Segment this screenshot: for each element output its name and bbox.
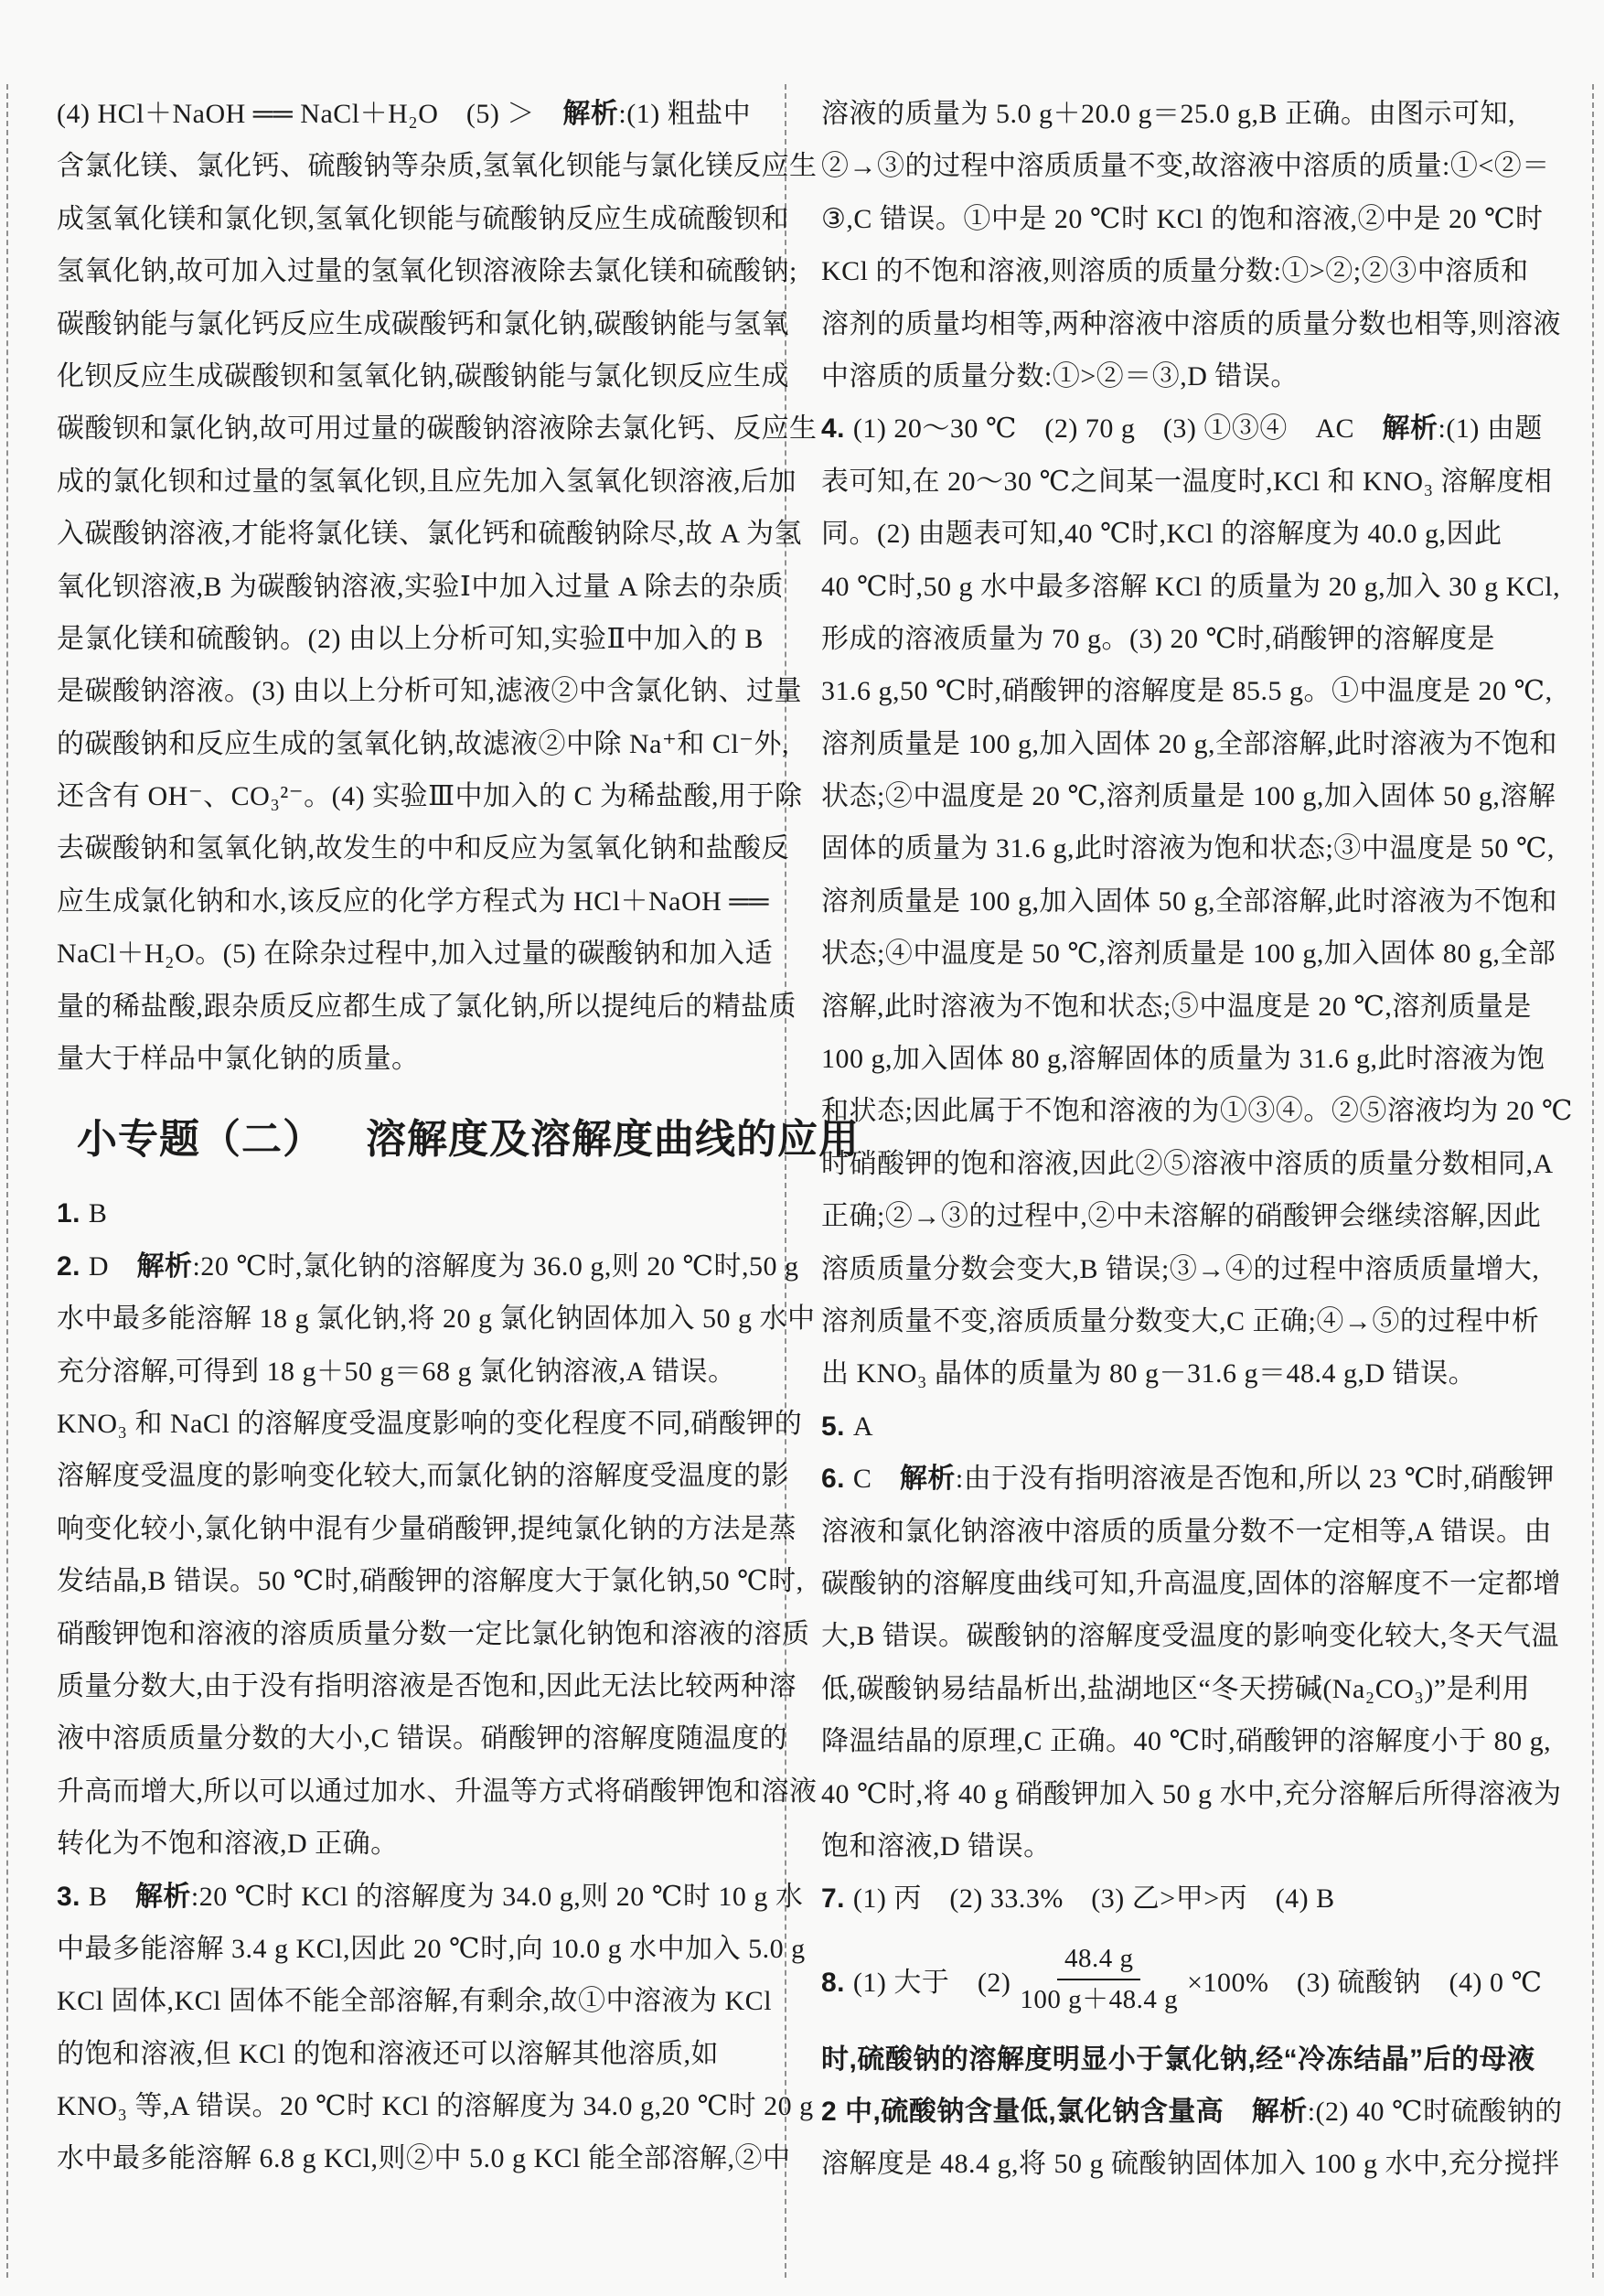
text-line: 质量分数大,由于没有指明溶液是否饱和,因此无法比较两种溶 [57,1660,777,1712]
page: (4) HCl＋NaOH ══ NaCl＋H₂O (5) ＞ 解析:(1) 粗盐… [0,0,1604,2296]
text-line: 含氯化镁、氯化钙、硫酸钠等杂质,氢氧化钡能与氯化镁反应生 [57,140,777,192]
answer-line-with-fraction: 8. (1) 大于 (2)48.4 g100 g＋48.4 g×100% (3)… [821,1926,1564,2033]
fraction-denominator: 100 g＋48.4 g [1020,1980,1178,2016]
text-line: 是氯化镁和硫酸钠。(2) 由以上分析可知,实验Ⅱ中加入的 B [57,613,777,665]
text: 升高而增大,所以可以通过加水、升温等方式将硝酸钾饱和溶液 [57,1776,818,1807]
text: 同。(2) 由题表可知,40 ℃时,KCl 的溶解度为 40.0 g,因此 [821,519,1502,549]
text: :20 ℃时,氯化钠的溶解度为 36.0 g,则 20 ℃时,50 g [193,1251,799,1282]
text-line: 同。(2) 由题表可知,40 ℃时,KCl 的溶解度为 40.0 g,因此 [821,508,1564,560]
text: ×100% (3) 硫酸钠 (4) 0 ℃ [1187,1968,1542,1998]
text: 溶解度受温度的影响变化较大,而氯化钠的溶解度受温度的影 [57,1461,789,1491]
text: 饱和溶液,D 错误。 [821,1831,1052,1861]
text-line: 的碳酸钠和反应生成的氢氧化钠,故滤液②中除 Na⁺和 Cl⁻外, [57,718,777,770]
page-border-right-dashed-line [1592,84,1594,2278]
text-line: 正确;②→③的过程中,②中未溶解的硝酸钾会继续溶解,因此 [821,1190,1564,1242]
text-line: 2 中,硫酸钠含量低,氯化钠含量高 解析:(2) 40 ℃时硫酸钠的 [821,2086,1564,2138]
text: 充分溶解,可得到 18 g＋50 g＝68 g 氯化钠溶液,A 错误。 [57,1357,736,1387]
text: 应生成氯化钠和水,该反应的化学方程式为 HCl＋NaOH ══ [57,886,769,917]
text: 出 KNO₃ 晶体的质量为 80 g－31.6 g＝48.4 g,D 错误。 [821,1358,1476,1389]
text-line: 碳酸钡和氯化钠,故可用过量的碳酸钠溶液除去氯化钙、反应生 [57,402,777,455]
text: 溶质质量分数会变大,B 错误;③→④的过程中溶质质量增大, [821,1254,1539,1284]
text: 含氯化镁、氯化钙、硫酸钠等杂质,氢氧化钡能与氯化镁反应生 [57,151,818,181]
bold-text: 解析 [137,1251,193,1282]
fraction: 48.4 g100 g＋48.4 g [1020,1942,1178,2016]
text: 的碳酸钠和反应生成的氢氧化钠,故滤液②中除 Na⁺和 Cl⁻外, [57,729,789,759]
text: :(1) 粗盐中 [618,99,751,129]
bold-text: 4. [821,413,853,444]
bold-text: 6. [821,1464,853,1494]
text: :(2) 40 ℃时硫酸钠的 [1308,2097,1563,2127]
text-line: 3. B 解析:20 ℃时 KCl 的溶解度为 34.0 g,则 20 ℃时 1… [57,1871,777,1923]
text-line: 响变化较小,氯化钠中混有少量硝酸钾,提纯氯化钠的方法是蒸 [57,1503,777,1555]
text-line: (4) HCl＋NaOH ══ NaCl＋H₂O (5) ＞ 解析:(1) 粗盐… [57,88,777,140]
text-line: 出 KNO₃ 晶体的质量为 80 g－31.6 g＝48.4 g,D 错误。 [821,1347,1564,1400]
text-line: 发结晶,B 错误。50 ℃时,硝酸钾的溶解度大于氯化钠,50 ℃时, [57,1555,777,1607]
text-line: 时,硫酸钠的溶解度明显小于氯化钠,经“冷冻结晶”后的母液 [821,2033,1564,2086]
text: 状态;②中温度是 20 ℃,溶剂质量是 100 g,加入固体 50 g,溶解 [821,781,1556,811]
text-line: 表可知,在 20～30 ℃之间某一温度时,KCl 和 KNO₃ 溶解度相 [821,456,1564,508]
text: 量大于样品中氯化钠的质量。 [57,1044,420,1074]
text-line: 溶液的质量为 5.0 g＋20.0 g＝25.0 g,B 正确。由图示可知, [821,88,1564,140]
text-line: 升高而增大,所以可以通过加水、升温等方式将硝酸钾饱和溶液 [57,1765,777,1818]
text: 发结晶,B 错误。50 ℃时,硝酸钾的溶解度大于氯化钠,50 ℃时, [57,1566,804,1596]
text: (1) 20～30 ℃ (2) 70 g (3) ①③④ AC [853,413,1383,444]
text: 氢氧化钠,故可加入过量的氢氧化钡溶液除去氯化镁和硫酸钠; [57,256,797,286]
text-line: 还含有 OH⁻、CO₃²⁻。(4) 实验Ⅲ中加入的 C 为稀盐酸,用于除 [57,770,777,822]
text: 表可知,在 20～30 ℃之间某一温度时,KCl 和 KNO₃ 溶解度相 [821,467,1553,497]
text-line: KNO₃ 和 NaCl 的溶解度受温度影响的变化程度不同,硝酸钾的 [57,1398,777,1450]
text: 液中溶质质量分数的大小,C 错误。硝酸钾的溶解度随温度的 [57,1723,787,1754]
text: 溶剂的质量均相等,两种溶液中溶质的质量分数也相等,则溶液 [821,309,1561,339]
fraction-suffix: ×100% (3) 硫酸钠 (4) 0 ℃ [1187,1959,1542,2000]
right-column: 溶液的质量为 5.0 g＋20.0 g＝25.0 g,B 正确。由图示可知,②→… [821,88,1564,2191]
text-line: 40 ℃时,将 40 g 硝酸钾加入 50 g 水中,充分溶解后所得溶液为 [821,1768,1564,1820]
text-line: 大,B 错误。碳酸钠的溶解度受温度的影响变化较大,冬天气温 [821,1610,1564,1662]
text: 入碳酸钠溶液,才能将氯化镁、氯化钙和硫酸钠除尽,故 A 为氢 [57,519,802,549]
text: 固体的质量为 31.6 g,此时溶液为饱和状态;③中温度是 50 ℃, [821,833,1555,864]
text: 是氯化镁和硫酸钠。(2) 由以上分析可知,实验Ⅱ中加入的 B [57,624,764,654]
text-line: 碳酸钠能与氯化钙反应生成碳酸钙和氯化钠,碳酸钠能与氢氧 [57,298,777,350]
text-line: 碳酸钠的溶解度曲线可知,升高温度,固体的溶解度不一定都增 [821,1558,1564,1610]
text: C [853,1464,900,1494]
text-line: 固体的质量为 31.6 g,此时溶液为饱和状态;③中温度是 50 ℃, [821,822,1564,874]
text: 溶解,此时溶液为不饱和状态;⑤中温度是 20 ℃,溶剂质量是 [821,992,1532,1022]
text: 碳酸钠能与氯化钙反应生成碳酸钙和氯化钠,碳酸钠能与氢氧 [57,309,789,339]
text: 溶剂质量是 100 g,加入固体 50 g,全部溶解,此时溶液为不饱和 [821,886,1557,917]
bold-text: 解析 [135,1882,191,1912]
text: 质量分数大,由于没有指明溶液是否饱和,因此无法比较两种溶 [57,1671,797,1701]
text: 溶液和氯化钠溶液中溶质的质量分数不一定相等,A 错误。由 [821,1517,1552,1547]
text: KNO₃ 等,A 错误。20 ℃时 KCl 的溶解度为 34.0 g,20 ℃时… [57,2091,814,2121]
bold-text: 1. [57,1198,89,1228]
text: KCl 固体,KCl 固体不能全部溶解,有剩余,故①中溶液为 KCl [57,1986,772,2016]
bold-text: 8. [821,1968,853,1998]
text-line: 成的氯化钡和过量的氢氧化钡,且应先加入氢氧化钡溶液,后加 [57,456,777,508]
text-line: 40 ℃时,50 g 水中最多溶解 KCl 的质量为 20 g,加入 30 g … [821,561,1564,613]
text: 水中最多能溶解 18 g 氯化钠,将 20 g 氯化钠固体加入 50 g 水中 [57,1304,816,1334]
bold-text: 2 中,硫酸钠含量低,氯化钠含量高 [821,2097,1252,2127]
text-line: 氢氧化钠,故可加入过量的氢氧化钡溶液除去氯化镁和硫酸钠; [57,245,777,297]
bold-text: 时,硫酸钠的溶解度明显小于氯化钠,经“冷冻结晶”后的母液 [821,2044,1535,2075]
text-line: 状态;②中温度是 20 ℃,溶剂质量是 100 g,加入固体 50 g,溶解 [821,770,1564,822]
text-line: 中最多能溶解 3.4 g KCl,因此 20 ℃时,向 10.0 g 水中加入 … [57,1923,777,1975]
text: 中最多能溶解 3.4 g KCl,因此 20 ℃时,向 10.0 g 水中加入 … [57,1934,806,1964]
text-line: 溶解度是 48.4 g,将 50 g 硫酸钠固体加入 100 g 水中,充分搅拌 [821,2138,1564,2190]
text: 溶液的质量为 5.0 g＋20.0 g＝25.0 g,B 正确。由图示可知, [821,99,1515,129]
text: 31.6 g,50 ℃时,硝酸钾的溶解度是 85.5 g。①中温度是 20 ℃, [821,676,1553,706]
text: (1) 丙 (2) 33.3% (3) 乙>甲>丙 (4) B [853,1883,1335,1914]
text-line: 4. (1) 20～30 ℃ (2) 70 g (3) ①③④ AC 解析:(1… [821,402,1564,455]
text-line: 6. C 解析:由于没有指明溶液是否饱和,所以 23 ℃时,硝酸钾 [821,1453,1564,1505]
text: 溶解度是 48.4 g,将 50 g 硫酸钠固体加入 100 g 水中,充分搅拌 [821,2149,1560,2179]
bold-text: 7. [821,1883,853,1914]
text-line: 中溶质的质量分数:①>②＝③,D 错误。 [821,350,1564,402]
text: 响变化较小,氯化钠中混有少量硝酸钾,提纯氯化钠的方法是蒸 [57,1514,797,1544]
text-line: 2. D 解析:20 ℃时,氯化钠的溶解度为 36.0 g,则 20 ℃时,50… [57,1240,777,1293]
text: 去碳酸钠和氢氧化钠,故发生的中和反应为氢氧化钠和盐酸反 [57,833,789,864]
text: ③,C 错误。①中是 20 ℃时 KCl 的饱和溶液,②中是 20 ℃时 [821,204,1544,234]
bold-text: 5. [821,1411,853,1442]
text-line: 溶剂质量是 100 g,加入固体 20 g,全部溶解,此时溶液为不饱和 [821,718,1564,770]
text-line: 量大于样品中氯化钠的质量。 [57,1033,777,1085]
text-line: 低,碳酸钠易结晶析出,盐湖地区“冬天捞碱(Na₂CO₃)”是利用 [821,1663,1564,1715]
text-line: 31.6 g,50 ℃时,硝酸钾的溶解度是 85.5 g。①中温度是 20 ℃, [821,665,1564,717]
text: 中溶质的质量分数:①>②＝③,D 错误。 [821,361,1299,392]
text: :20 ℃时 KCl 的溶解度为 34.0 g,则 20 ℃时 10 g 水 [191,1882,803,1912]
text-line: 氧化钡溶液,B 为碳酸钠溶液,实验Ⅰ中加入过量 A 除去的杂质 [57,561,777,613]
text-line: 溶剂质量是 100 g,加入固体 50 g,全部溶解,此时溶液为不饱和 [821,875,1564,928]
text: 低,碳酸钠易结晶析出,盐湖地区“冬天捞碱(Na₂CO₃)”是利用 [821,1674,1530,1704]
section-heading-number: 小专题（二） [77,1117,324,1162]
fraction-numerator: 48.4 g [1057,1942,1141,1979]
text-line: 的饱和溶液,但 KCl 的饱和溶液还可以溶解其他溶质,如 [57,2028,777,2080]
text-line: 成氢氧化镁和氯化钡,氢氧化钡能与硫酸钠反应生成硫酸钡和 [57,193,777,245]
text: 和状态;因此属于不饱和溶液的为①③④。②⑤溶液均为 20 ℃ [821,1096,1573,1126]
text: B [89,1882,135,1912]
text-line: NaCl＋H₂O。(5) 在除杂过程中,加入过量的碳酸钠和加入适 [57,928,777,980]
text-line: KNO₃ 等,A 错误。20 ℃时 KCl 的溶解度为 34.0 g,20 ℃时… [57,2080,777,2132]
text-line: 液中溶质质量分数的大小,C 错误。硝酸钾的溶解度随温度的 [57,1712,777,1765]
text-line: 饱和溶液,D 错误。 [821,1820,1564,1872]
page-border-left-dashed-line [6,84,8,2278]
text: 40 ℃时,50 g 水中最多溶解 KCl 的质量为 20 g,加入 30 g … [821,572,1560,602]
text-line: 7. (1) 丙 (2) 33.3% (3) 乙>甲>丙 (4) B [821,1872,1564,1925]
text-line: KCl 的不饱和溶液,则溶质的质量分数:①>②;②③中溶质和 [821,245,1564,297]
text: KCl 的不饱和溶液,则溶质的质量分数:①>②;②③中溶质和 [821,256,1529,286]
text-line: 水中最多能溶解 18 g 氯化钠,将 20 g 氯化钠固体加入 50 g 水中 [57,1293,777,1345]
text-line: 充分溶解,可得到 18 g＋50 g＝68 g 氯化钠溶液,A 错误。 [57,1346,777,1398]
text-line: 100 g,加入固体 80 g,溶解固体的质量为 31.6 g,此时溶液为饱 [821,1033,1564,1085]
text: 降温结晶的原理,C 正确。40 ℃时,硝酸钾的溶解度小于 80 g, [821,1726,1551,1756]
left-column: (4) HCl＋NaOH ══ NaCl＋H₂O (5) ＞ 解析:(1) 粗盐… [57,88,777,2185]
text-line: 溶剂质量不变,溶质质量分数变大,C 正确;④→⑤的过程中析 [821,1295,1564,1347]
text-line: 溶质质量分数会变大,B 错误;③→④的过程中溶质质量增大, [821,1243,1564,1295]
text: NaCl＋H₂O。(5) 在除杂过程中,加入过量的碳酸钠和加入适 [57,939,773,969]
text-line: 溶液和氯化钠溶液中溶质的质量分数不一定相等,A 错误。由 [821,1506,1564,1558]
text-line: 降温结晶的原理,C 正确。40 ℃时,硝酸钾的溶解度小于 80 g, [821,1715,1564,1767]
text: 还含有 OH⁻、CO₃²⁻。(4) 实验Ⅲ中加入的 C 为稀盐酸,用于除 [57,781,803,811]
text: 状态;④中温度是 50 ℃,溶剂质量是 100 g,加入固体 80 g,全部 [821,939,1556,969]
text-line: 应生成氯化钠和水,该反应的化学方程式为 HCl＋NaOH ══ [57,875,777,928]
text-line: 化钡反应生成碳酸钡和氢氧化钠,碳酸钠能与氯化钡反应生成 [57,350,777,402]
text: :由于没有指明溶液是否饱和,所以 23 ℃时,硝酸钾 [956,1464,1555,1494]
text: 是碳酸钠溶液。(3) 由以上分析可知,滤液②中含氯化钠、过量 [57,676,802,706]
text: 量的稀盐酸,跟杂质反应都生成了氯化钠,所以提纯后的精盐质 [57,992,797,1022]
bold-text: 解析 [562,99,618,129]
text-line: 1. B [57,1187,777,1239]
text: 大,B 错误。碳酸钠的溶解度受温度的影响变化较大,冬天气温 [821,1621,1559,1651]
text-line: 5. A [821,1400,1564,1453]
text: 时硝酸钾的饱和溶液,因此②⑤溶液中溶质的质量分数相同,A [821,1149,1554,1179]
text: 碳酸钡和氯化钠,故可用过量的碳酸钠溶液除去氯化钙、反应生 [57,413,818,444]
text-line: 是碳酸钠溶液。(3) 由以上分析可知,滤液②中含氯化钠、过量 [57,665,777,717]
text: 水中最多能溶解 6.8 g KCl,则②中 5.0 g KCl 能全部溶解,②中 [57,2143,791,2173]
text: 转化为不饱和溶液,D 正确。 [57,1829,399,1859]
bold-text: 3. [57,1882,89,1912]
text: KNO₃ 和 NaCl 的溶解度受温度影响的变化程度不同,硝酸钾的 [57,1409,802,1439]
section-heading: 小专题（二）溶解度及溶解度曲线的应用 [77,1110,777,1169]
text-line: 时硝酸钾的饱和溶液,因此②⑤溶液中溶质的质量分数相同,A [821,1138,1564,1190]
bold-text: 解析 [1252,2097,1308,2127]
text-line: 溶解,此时溶液为不饱和状态;⑤中温度是 20 ℃,溶剂质量是 [821,981,1564,1033]
bold-text: 2. [57,1251,89,1282]
text: 正确;②→③的过程中,②中未溶解的硝酸钾会继续溶解,因此 [821,1201,1541,1231]
text: :(1) 由题 [1438,413,1543,444]
text-line: 入碳酸钠溶液,才能将氯化镁、氯化钙和硫酸钠除尽,故 A 为氢 [57,508,777,560]
text: 的饱和溶液,但 KCl 的饱和溶液还可以溶解其他溶质,如 [57,2039,719,2069]
text-line: 形成的溶液质量为 70 g。(3) 20 ℃时,硝酸钾的溶解度是 [821,613,1564,665]
text-line: 和状态;因此属于不饱和溶液的为①③④。②⑤溶液均为 20 ℃ [821,1085,1564,1137]
text: 成氢氧化镁和氯化钡,氢氧化钡能与硫酸钠反应生成硫酸钡和 [57,204,789,234]
text: 氧化钡溶液,B 为碳酸钠溶液,实验Ⅰ中加入过量 A 除去的杂质 [57,572,784,602]
text: 40 ℃时,将 40 g 硝酸钾加入 50 g 水中,充分溶解后所得溶液为 [821,1779,1562,1809]
text: 100 g,加入固体 80 g,溶解固体的质量为 31.6 g,此时溶液为饱 [821,1044,1545,1074]
text: 碳酸钠的溶解度曲线可知,升高温度,固体的溶解度不一定都增 [821,1569,1561,1599]
text: 成的氯化钡和过量的氢氧化钡,且应先加入氢氧化钡溶液,后加 [57,467,797,497]
text-line: 量的稀盐酸,跟杂质反应都生成了氯化钠,所以提纯后的精盐质 [57,981,777,1033]
text-line: 溶解度受温度的影响变化较大,而氯化钠的溶解度受温度的影 [57,1450,777,1502]
text: 溶剂质量不变,溶质质量分数变大,C 正确;④→⑤的过程中析 [821,1306,1539,1336]
text: 硝酸钾饱和溶液的溶质质量分数一定比氯化钠饱和溶液的溶质 [57,1619,810,1649]
text-line: KCl 固体,KCl 固体不能全部溶解,有剩余,故①中溶液为 KCl [57,1975,777,2027]
text: B [89,1198,108,1228]
text-line: 硝酸钾饱和溶液的溶质质量分数一定比氯化钠饱和溶液的溶质 [57,1608,777,1660]
text-line: 去碳酸钠和氢氧化钠,故发生的中和反应为氢氧化钠和盐酸反 [57,822,777,874]
text: 溶剂质量是 100 g,加入固体 20 g,全部溶解,此时溶液为不饱和 [821,729,1557,759]
text-line: ②→③的过程中溶质质量不变,故溶液中溶质的质量:①<②＝ [821,140,1564,192]
text: 形成的溶液质量为 70 g。(3) 20 ℃时,硝酸钾的溶解度是 [821,624,1495,654]
bold-text: 解析 [1383,413,1438,444]
text-line: ③,C 错误。①中是 20 ℃时 KCl 的饱和溶液,②中是 20 ℃时 [821,193,1564,245]
text-line: 溶剂的质量均相等,两种溶液中溶质的质量分数也相等,则溶液 [821,298,1564,350]
section-heading-title: 溶解度及溶解度曲线的应用 [366,1117,860,1162]
text: A [853,1411,873,1442]
text-line: 水中最多能溶解 6.8 g KCl,则②中 5.0 g KCl 能全部溶解,②中 [57,2132,777,2184]
text-line: 状态;④中温度是 50 ℃,溶剂质量是 100 g,加入固体 80 g,全部 [821,928,1564,980]
text: 化钡反应生成碳酸钡和氢氧化钠,碳酸钠能与氯化钡反应生成 [57,361,789,392]
text: (4) HCl＋NaOH ══ NaCl＋H₂O (5) ＞ [57,99,562,129]
text: (1) 大于 (2) [853,1968,1011,1998]
text-line: 转化为不饱和溶液,D 正确。 [57,1818,777,1870]
text: ②→③的过程中溶质质量不变,故溶液中溶质的质量:①<②＝ [821,151,1550,181]
bold-text: 解析 [900,1464,956,1494]
fraction-prefix: 8. (1) 大于 (2) [821,1959,1011,2000]
text: D [89,1251,137,1282]
